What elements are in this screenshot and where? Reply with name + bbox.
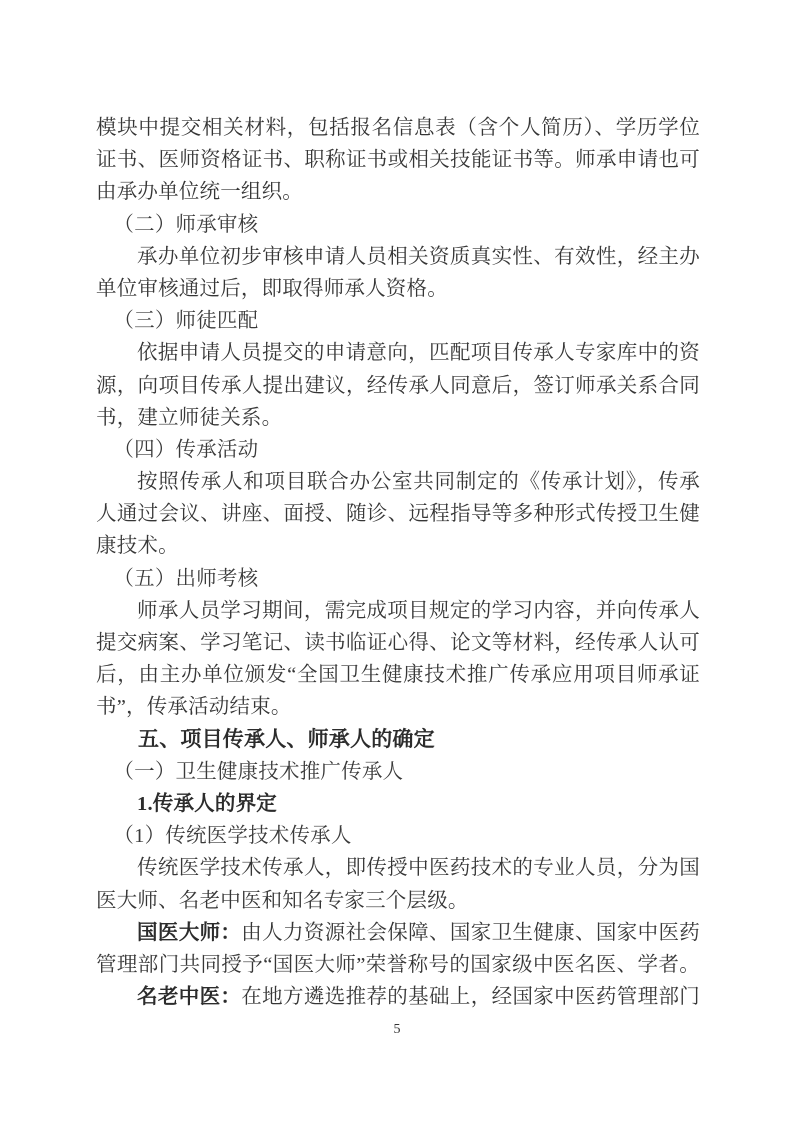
term-label: 名老中医：	[137, 986, 241, 1008]
term-text: 在地方遴选推荐的基础上，经国家中医药管理部门	[241, 986, 700, 1008]
document-page: 模块中提交相关材料，包括报名信息表（含个人简历）、学历学位 证书、医师资格证书、…	[0, 0, 794, 1123]
term-definition-line: 名老中医：在地方遴选推荐的基础上，经国家中医药管理部门	[96, 981, 700, 1013]
body-text-line: 由承办单位统一组织。	[96, 176, 700, 208]
numbered-heading: 1.传承人的界定	[96, 788, 700, 820]
body-text-line: 师承人员学习期间，需完成项目规定的学习内容，并向传承人	[96, 595, 700, 627]
subsection-heading: （一）卫生健康技术推广传承人	[96, 756, 700, 788]
text-content: 模块中提交相关材料，包括报名信息表（含个人简历）、学历学位 证书、医师资格证书、…	[96, 112, 700, 1013]
subsection-heading: （五）出师考核	[96, 563, 700, 595]
body-text-line: 依据申请人员提交的申请意向，匹配项目传承人专家库中的资	[96, 337, 700, 369]
body-text-line: 提交病案、学习笔记、读书临证心得、论文等材料，经传承人认可	[96, 627, 700, 659]
body-text-line: 人通过会议、讲座、面授、随诊、远程指导等多种形式传授卫生健	[96, 498, 700, 530]
body-text-line: 医大师、名老中医和知名专家三个层级。	[96, 885, 700, 917]
body-text-line: 书”，传承活动结束。	[96, 691, 700, 723]
body-text-line: 康技术。	[96, 530, 700, 562]
body-text-line: 管理部门共同授予“国医大师”荣誉称号的国家级中医名医、学者。	[96, 949, 700, 981]
subsection-heading: （四）传承活动	[96, 434, 700, 466]
body-text-line: 证书、医师资格证书、职称证书或相关技能证书等。师承申请也可	[96, 144, 700, 176]
body-text-line: 单位审核通过后，即取得师承人资格。	[96, 273, 700, 305]
body-text-line: 源，向项目传承人提出建议，经传承人同意后，签订师承关系合同	[96, 370, 700, 402]
term-label: 国医大师：	[137, 922, 241, 944]
subsection-heading: （二）师承审核	[96, 209, 700, 241]
body-text-line: 按照传承人和项目联合办公室共同制定的《传承计划》，传承	[96, 466, 700, 498]
subsection-heading: （1）传统医学技术传承人	[96, 820, 700, 852]
term-text: 由人力资源社会保障、国家卫生健康、国家中医药	[241, 922, 700, 944]
body-text-line: 后，由主办单位颁发“全国卫生健康技术推广传承应用项目师承证	[96, 659, 700, 691]
body-text-line: 承办单位初步审核申请人员相关资质真实性、有效性，经主办	[96, 241, 700, 273]
page-number: 5	[0, 1020, 794, 1040]
body-text-line: 模块中提交相关材料，包括报名信息表（含个人简历）、学历学位	[96, 112, 700, 144]
body-text-line: 书，建立师徒关系。	[96, 402, 700, 434]
subsection-heading: （三）师徒匹配	[96, 305, 700, 337]
term-definition-line: 国医大师：由人力资源社会保障、国家卫生健康、国家中医药	[96, 917, 700, 949]
body-text-line: 传统医学技术传承人，即传授中医药技术的专业人员，分为国	[96, 852, 700, 884]
section-heading: 五、项目传承人、师承人的确定	[96, 724, 700, 756]
